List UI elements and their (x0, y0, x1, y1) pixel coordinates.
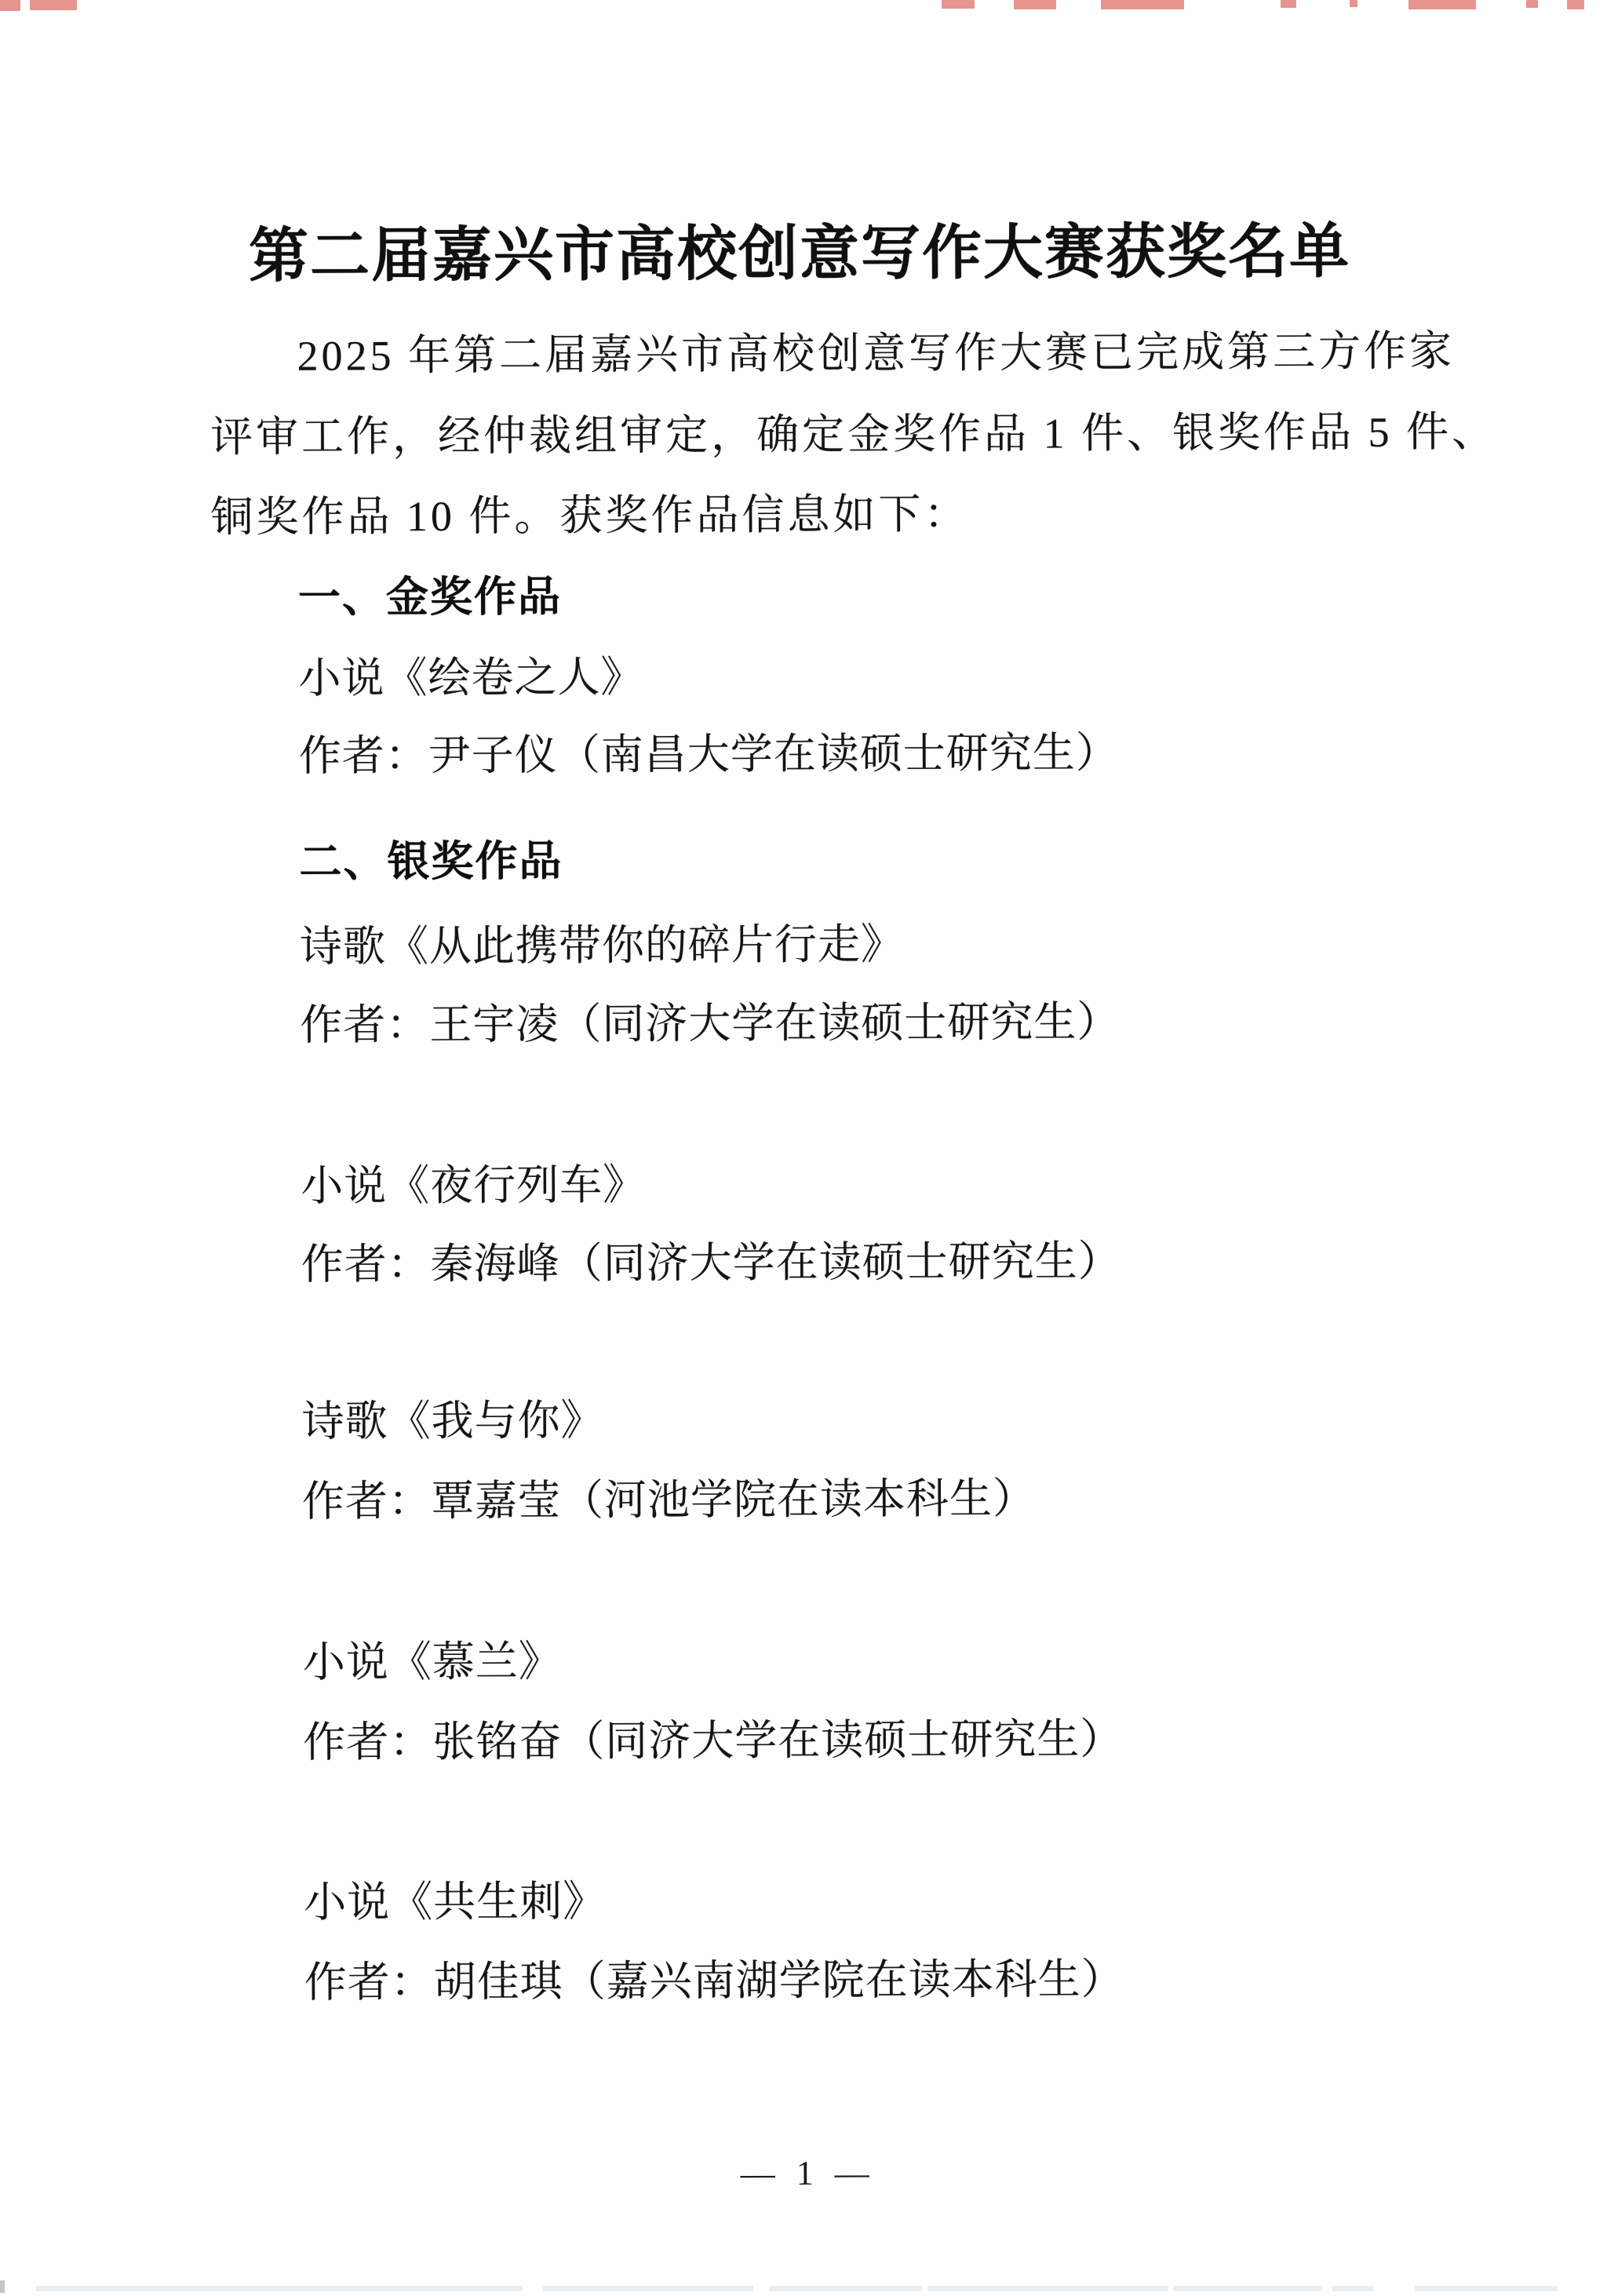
intro-paragraph-line-3: 铜奖作品 10 件。获奖作品信息如下： (210, 493, 969, 538)
silver-entry-5-work-title: 小说《共生刺》 (304, 1880, 606, 1924)
silver-entry-5-author: 作者：胡佳琪（嘉兴南湖学院在读本科生） (304, 1958, 1124, 2004)
scan-artifact-bottom-5 (1173, 2286, 1322, 2291)
document-page: 第二届嘉兴市高校创意写作大赛获奖名单 2025 年第二届嘉兴市高校创意写作大赛已… (0, 0, 1607, 2296)
scan-artifact-bottom-2 (543, 2286, 753, 2291)
scan-artifact-bottom-3 (769, 2286, 922, 2291)
silver-entry-1-author: 作者：王宇凌（同济大学在读硕士研究生） (300, 1000, 1120, 1047)
intro-paragraph-line-1: 2025 年第二届嘉兴市高校创意写作大赛已完成第三方作家 (297, 330, 1455, 377)
silver-entry-4-author: 作者：张铭奋（同济大学在读硕士研究生） (303, 1718, 1123, 1764)
page-number: — 1 — (5, 2150, 1607, 2197)
silver-entry-2-author: 作者：秦海峰（同济大学在读硕士研究生） (301, 1240, 1121, 1286)
silver-entry-3-author: 作者：覃嘉莹（河池学院在读本科生） (302, 1478, 1036, 1523)
scan-artifact-bottom-6 (1332, 2286, 1373, 2291)
section-heading-silver: 二、银奖作品 (299, 840, 563, 883)
silver-entry-2-work-title: 小说《夜行列车》 (301, 1164, 646, 1208)
scan-artifact-bottom-1 (36, 2286, 523, 2291)
scan-artifact-bottom-7 (1415, 2286, 1558, 2291)
silver-entry-4-work-title: 小说《慕兰》 (303, 1640, 562, 1683)
document-title: 第二届嘉兴市高校创意写作大赛获奖名单 (0, 202, 1603, 295)
scan-artifact-speck (0, 2280, 5, 2293)
section-heading-gold: 一、金奖作品 (298, 575, 562, 618)
silver-entry-1-work-title: 诗歌《从此携带你的碎片行走》 (300, 923, 904, 968)
scan-artifact-bottom-4 (927, 2286, 1168, 2291)
intro-paragraph-line-2: 评审工作，经仲裁组审定，确定金奖作品 1 件、银奖作品 5 件、 (210, 410, 1497, 458)
gold-entry-work-title: 小说《绘卷之人》 (298, 656, 643, 700)
document-body: 第二届嘉兴市高校创意写作大赛获奖名单 2025 年第二届嘉兴市高校创意写作大赛已… (0, 0, 1607, 2296)
gold-entry-author: 作者：尹子仪（南昌大学在读硕士研究生） (299, 731, 1119, 778)
silver-entry-3-work-title: 诗歌《我与你》 (301, 1399, 603, 1443)
